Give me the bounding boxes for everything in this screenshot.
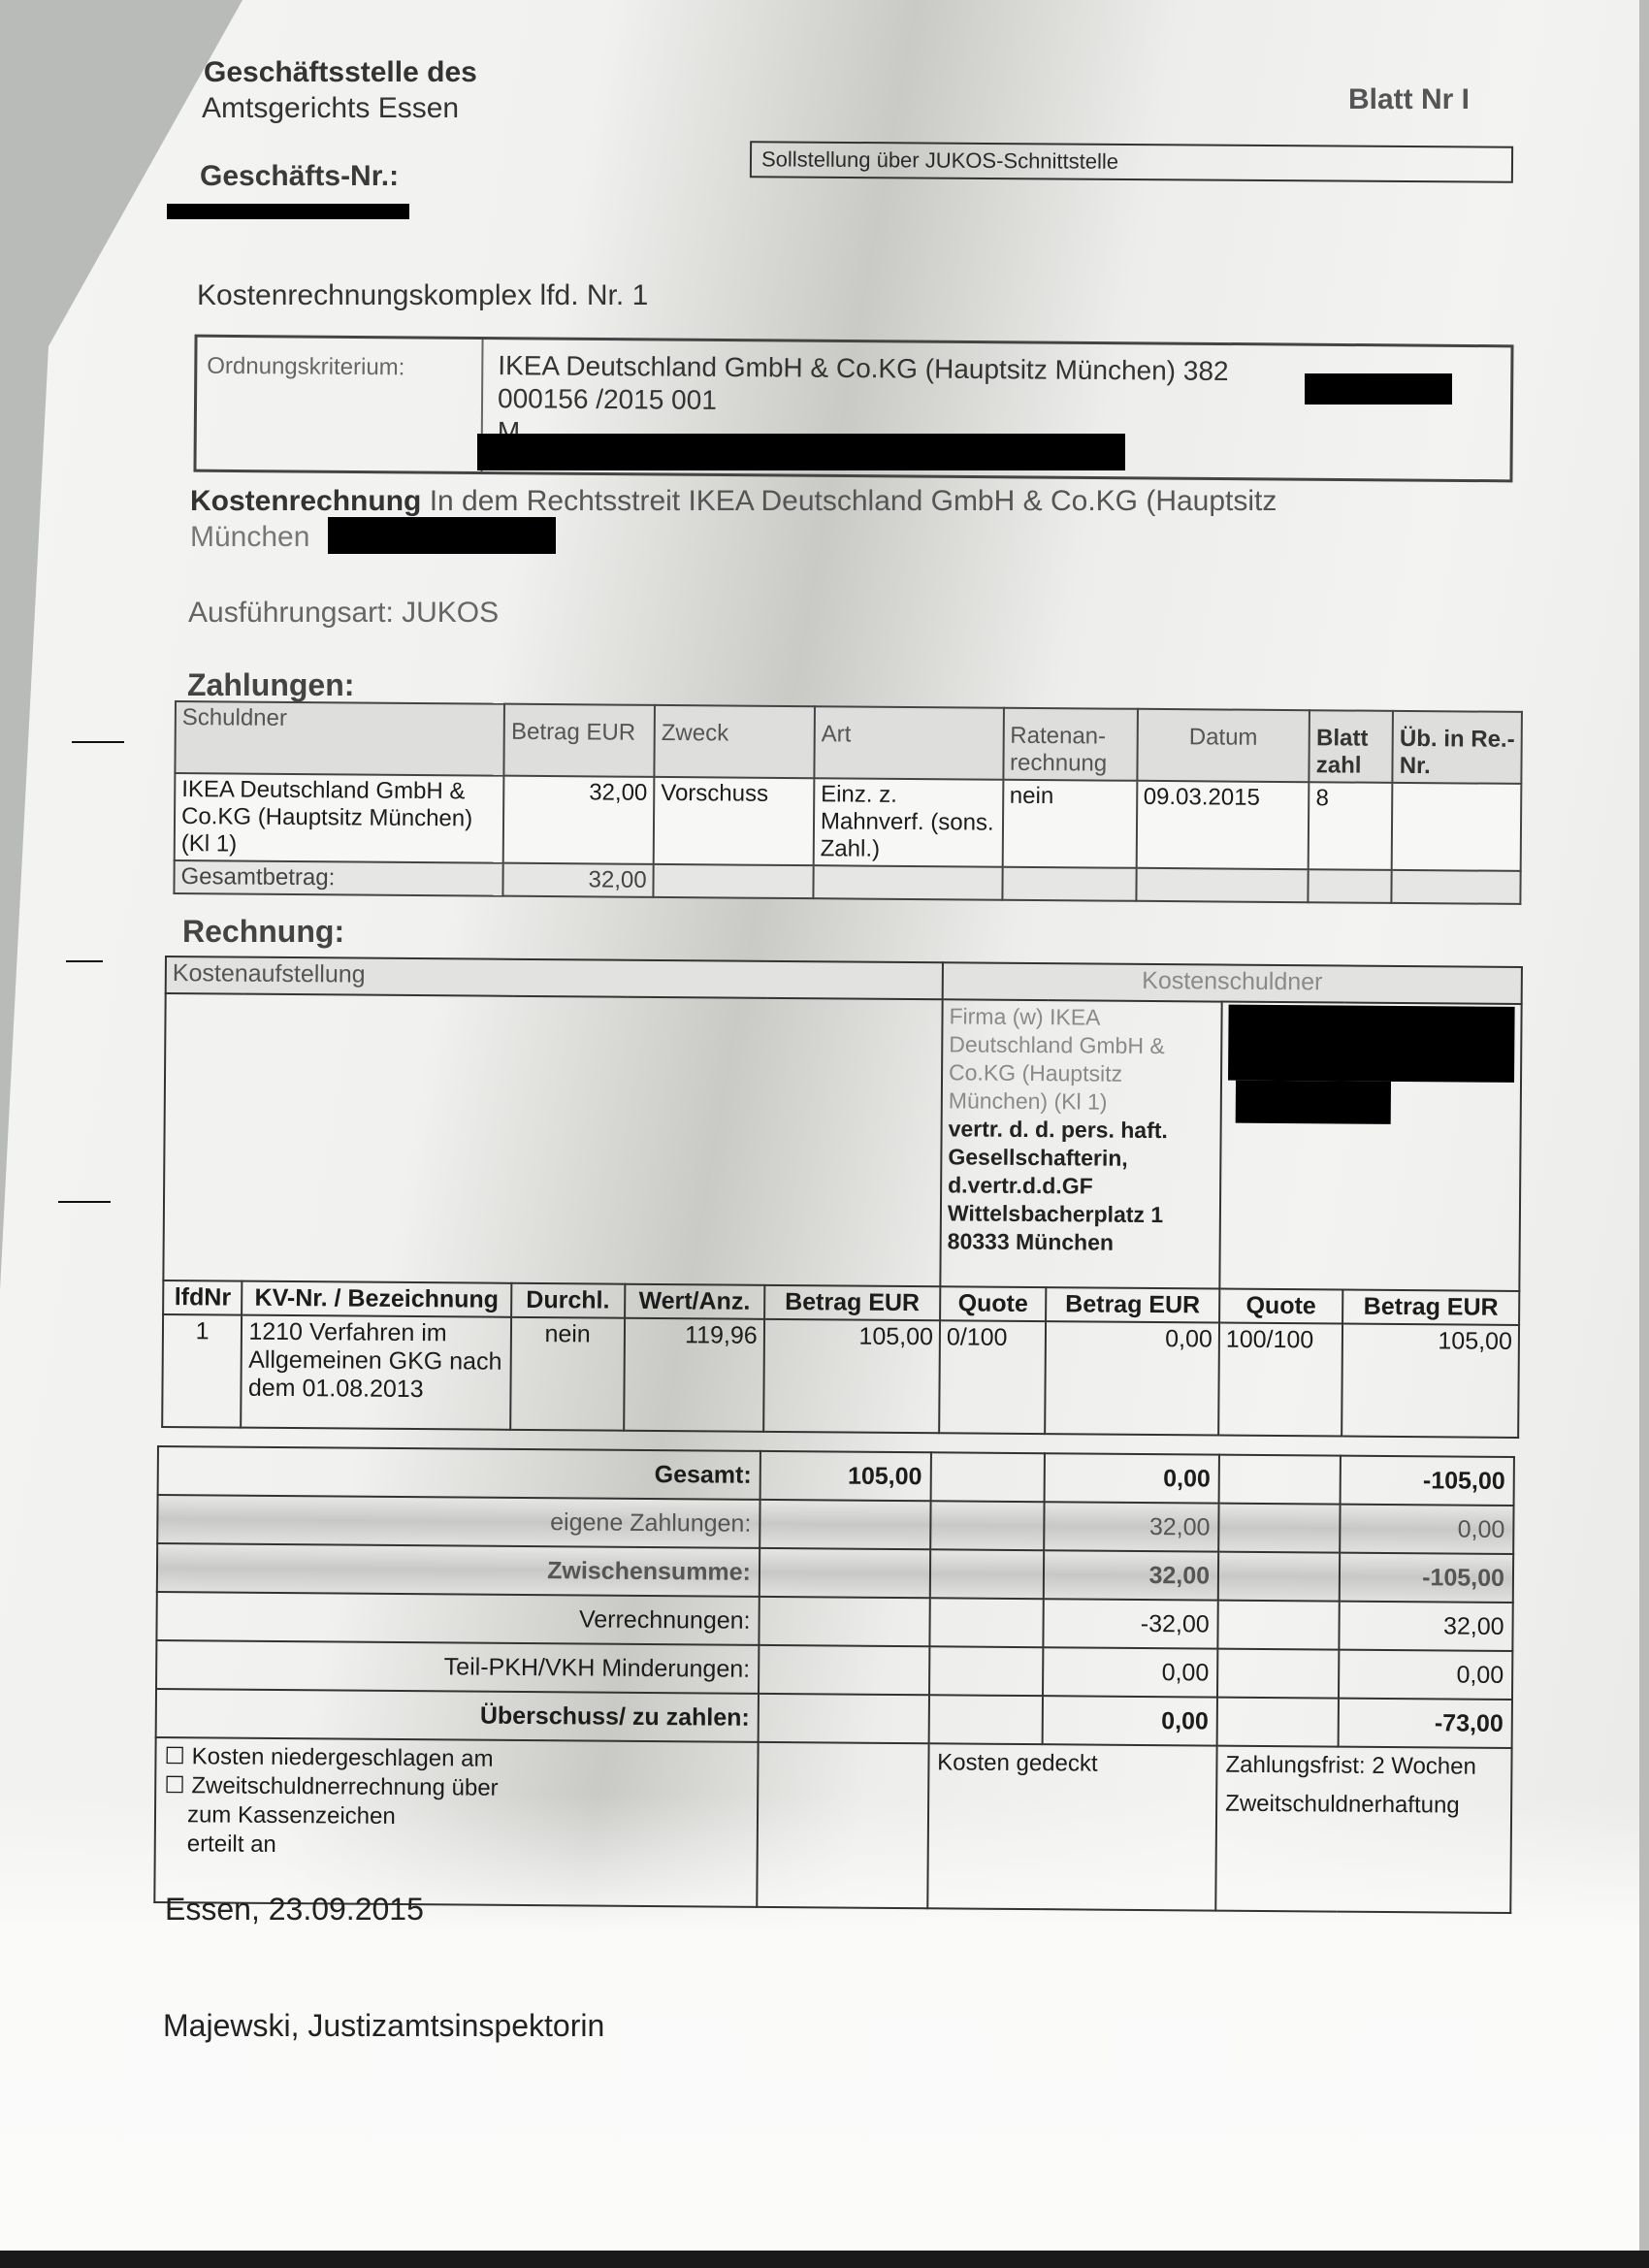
sollstellung-text: Sollstellung über JUKOS-Schnittstelle	[761, 146, 1118, 174]
kostenrechnung-line2: München	[190, 521, 309, 554]
scanner-edge	[0, 2251, 1649, 2268]
sheet-number: Blatt Nr I	[1348, 83, 1470, 116]
summary-total	[759, 1694, 929, 1743]
col-betrag-1: Betrag EUR	[1046, 1287, 1219, 1322]
redaction-ordnung-2	[477, 434, 1125, 470]
court-name: Amtsgerichts Essen	[202, 92, 459, 125]
summary-table: Gesamt:105,000,00-105,00eigene Zahlungen…	[153, 1445, 1515, 1914]
schuldner-address: Firma (w) IKEA Deutschland GmbH & Co.KG …	[940, 999, 1221, 1288]
kostenaufstellung-header: Kostenaufstellung	[166, 956, 943, 999]
kostenrechnung-text: In dem Rechtsstreit IKEA Deutschland Gmb…	[421, 485, 1277, 517]
cell-zweck: Vorschuss	[654, 777, 815, 865]
col-schuldner: Schuldner	[175, 701, 504, 776]
cell-bezeichnung: 1210 Verfahren im Allgemeinen GKG nach d…	[242, 1315, 511, 1430]
table-row: IKEA Deutschland GmbH & Co.KG (Hauptsitz…	[175, 773, 1522, 871]
check-niedergeschlagen[interactable]: ☐ Kosten niedergeschlagen am	[164, 1742, 749, 1776]
footer-block-row: ☐ Kosten niedergeschlagen am ☐ Zweitschu…	[154, 1737, 1511, 1913]
payment-terms: Zahlungsfrist: 2 Wochen Zweitschuldnerha…	[1215, 1746, 1511, 1913]
kostenrechnung-line: Kostenrechnung In dem Rechtsstreit IKEA …	[190, 485, 1277, 518]
col-lfdnr: lfdNr	[163, 1280, 242, 1315]
total-value: 32,00	[503, 863, 654, 897]
col-zweck: Zweck	[654, 705, 814, 778]
summary-schuldner-2: -73,00	[1339, 1699, 1512, 1748]
erteilt-label: erteilt an	[164, 1830, 749, 1863]
cell-quote-1: 0/100	[939, 1320, 1046, 1434]
col-quote-2: Quote	[1219, 1289, 1342, 1324]
summary-schuldner-1: 0,00	[1043, 1696, 1217, 1745]
col-betrag-2: Betrag EUR	[1342, 1290, 1519, 1325]
schuldner-2-redacted	[1219, 1002, 1521, 1291]
ausfuehrungsart: Ausführungsart: JUKOS	[188, 597, 499, 630]
cell-wert: 119,96	[624, 1318, 764, 1432]
cell-lfdnr: 1	[162, 1314, 242, 1428]
cell-schuldner: IKEA Deutschland GmbH & Co.KG (Hauptsitz…	[175, 773, 504, 863]
summary-label: Überschuss/ zu zahlen:	[156, 1689, 759, 1742]
complex-number: Kostenrechnungskomplex lfd. Nr. 1	[197, 279, 648, 312]
summary-label: Teil-PKH/VKH Minderungen:	[156, 1640, 759, 1694]
cell-betrag: 32,00	[503, 776, 654, 864]
col-wert: Wert/Anz.	[625, 1284, 764, 1319]
summary-schuldner-1: 0,00	[1043, 1647, 1217, 1697]
kassenzeichen-label: zum Kassenzeichen	[164, 1800, 749, 1834]
rechnung-title: Rechnung:	[182, 914, 344, 950]
summary-total	[760, 1548, 930, 1598]
kosten-gedeckt: Kosten gedeckt	[927, 1743, 1217, 1910]
case-number-label: Geschäfts-Nr.:	[200, 160, 399, 193]
schuldner-name: Firma (w) IKEA Deutschland GmbH & Co.KG …	[949, 1002, 1173, 1117]
margin-mark	[58, 1201, 111, 1203]
invoice-table: Kostenaufstellung Kostenschuldner Firma …	[161, 956, 1523, 1439]
cell-betrag: 105,00	[763, 1319, 940, 1433]
cell-datum: 09.03.2015	[1136, 781, 1309, 869]
summary-total	[760, 1500, 930, 1549]
summary-total: 105,00	[760, 1451, 931, 1501]
summary-label: Zwischensumme:	[157, 1543, 760, 1597]
summary-label: Verrechnungen:	[156, 1592, 759, 1645]
check-zweitschuldner[interactable]: ☐ Zweitschuldnerrechnung über	[164, 1771, 749, 1805]
table-header-row: Schuldner Betrag EUR Zweck Art Ratenan- …	[175, 701, 1522, 784]
cell-quote-2: 100/100	[1218, 1323, 1342, 1437]
col-betrag: Betrag EUR	[504, 704, 655, 777]
summary-label: eigene Zahlungen:	[157, 1495, 760, 1548]
col-durchl: Durchl.	[511, 1283, 625, 1318]
payments-table: Schuldner Betrag EUR Zweck Art Ratenan- …	[173, 700, 1523, 905]
redaction-party	[328, 517, 556, 554]
cell-art: Einz. z. Mahnverf. (sons. Zahl.)	[814, 778, 1003, 867]
zahlungen-title: Zahlungen:	[187, 667, 354, 703]
col-blatt: Blatt zahl	[1309, 710, 1394, 783]
cell-durchl: nein	[510, 1317, 625, 1431]
margin-mark	[66, 960, 103, 962]
summary-schuldner-2: 0,00	[1339, 1650, 1512, 1700]
total-label: Gesamtbetrag:	[174, 860, 503, 896]
signature: Majewski, Justizamtsinspektorin	[163, 2008, 604, 2044]
cell-ueb	[1392, 783, 1521, 871]
ordnung-line2: 000156 /2015 001	[498, 382, 1228, 421]
summary-schuldner-1: 0,00	[1045, 1453, 1219, 1503]
checkbox-block: ☐ Kosten niedergeschlagen am ☐ Zweitschu…	[154, 1737, 758, 1907]
table-row: 1 1210 Verfahren im Allgemeinen GKG nach…	[162, 1314, 1519, 1438]
sollstellung-box: Sollstellung über JUKOS-Schnittstelle	[750, 141, 1513, 182]
summary-schuldner-2: 0,00	[1340, 1505, 1513, 1554]
cell-raten: nein	[1002, 780, 1137, 868]
col-ueb: Üb. in Re.-Nr.	[1393, 711, 1522, 784]
kostenrechnung-prefix: Kostenrechnung	[190, 485, 421, 517]
summary-schuldner-2: 32,00	[1339, 1602, 1512, 1651]
summary-schuldner-2: -105,00	[1340, 1553, 1513, 1603]
check-zweitschuldner-label: Zweitschuldnerrechnung über	[191, 1772, 498, 1800]
schuldner-representation: vertr. d. d. pers. haft. Gesellschafteri…	[948, 1115, 1181, 1257]
col-quote-1: Quote	[940, 1286, 1046, 1321]
cell-betrag-1: 0,00	[1045, 1321, 1219, 1435]
redaction-schuldner-2b	[1236, 1081, 1391, 1124]
summary-label: Gesamt:	[158, 1446, 760, 1500]
summary-schuldner-1: 32,00	[1045, 1502, 1219, 1551]
cell-betrag-2: 105,00	[1342, 1324, 1519, 1438]
kostenschuldner-header: Kostenschuldner	[943, 962, 1522, 1004]
payment-deadline: Zahlungsfrist: 2 Wochen	[1225, 1751, 1503, 1782]
summary-total	[759, 1645, 929, 1695]
summary-schuldner-1: -32,00	[1044, 1599, 1218, 1648]
redaction-schuldner-2	[1228, 1005, 1515, 1083]
summary-schuldner-1: 32,00	[1044, 1550, 1218, 1600]
summary-total	[759, 1597, 929, 1646]
col-datum: Datum	[1137, 709, 1309, 782]
check-niedergeschlagen-label: Kosten niedergeschlagen am	[192, 1743, 494, 1771]
place-date: Essen, 23.09.2015	[165, 1892, 424, 1928]
col-raten: Ratenan- rechnung	[1003, 708, 1137, 781]
col-art: Art	[814, 706, 1003, 780]
zweitschuldnerhaftung: Zweitschuldnerhaftung	[1225, 1790, 1503, 1821]
summary-schuldner-2: -105,00	[1341, 1456, 1514, 1506]
redaction-case-number	[167, 204, 409, 219]
margin-mark	[72, 741, 124, 743]
ordnung-label: Ordnungskriterium:	[207, 353, 404, 382]
col-bezeichnung: KV-Nr. / Bezeichnung	[242, 1281, 512, 1317]
cell-blatt: 8	[1309, 782, 1393, 870]
col-betrag: Betrag EUR	[764, 1285, 941, 1320]
office-name: Geschäftsstelle des	[204, 56, 477, 89]
redaction-ordnung-1	[1305, 373, 1452, 405]
